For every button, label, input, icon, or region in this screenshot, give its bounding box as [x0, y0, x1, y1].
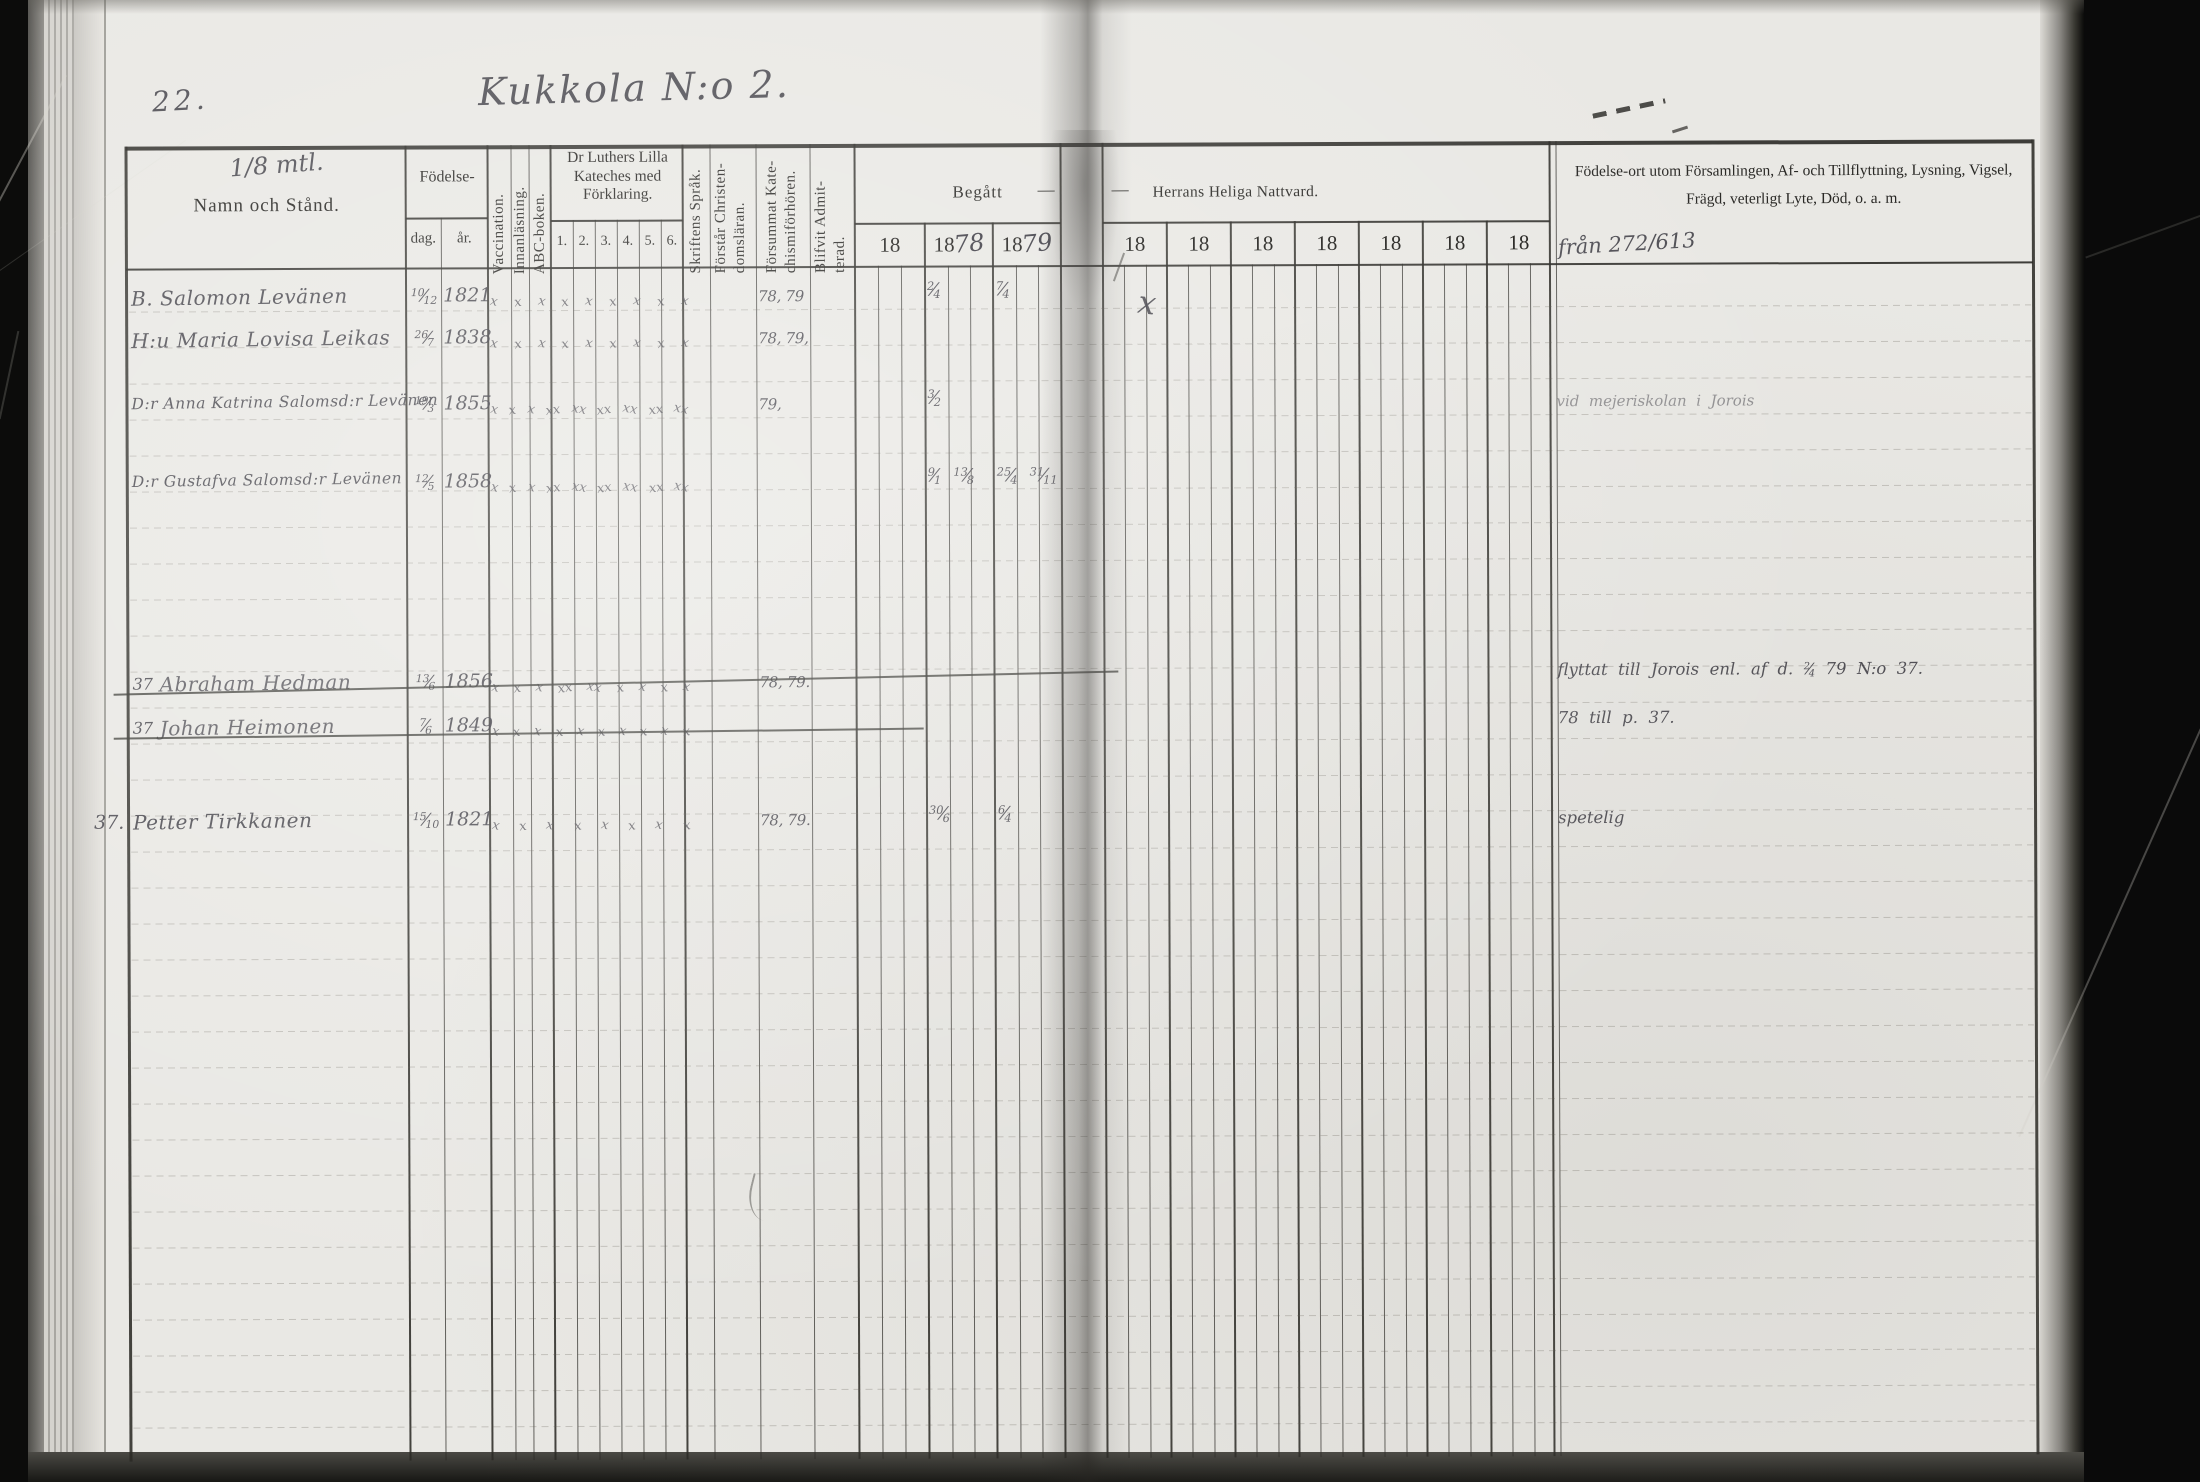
birth-year: 1821: [445, 808, 491, 830]
reading-marks: xxxxxxxx: [492, 817, 690, 834]
reading-mark: xx: [545, 480, 562, 498]
reading-mark: x: [656, 336, 666, 353]
reading-mark: x: [489, 480, 499, 497]
resident-name: Petter Tirkkanen: [133, 808, 313, 835]
birth-day: 26⁄7: [406, 327, 442, 349]
reading-mark: xx: [570, 479, 587, 497]
reading-mark: x: [584, 293, 594, 310]
reading-mark: x: [627, 818, 637, 835]
reading-mark: xx: [570, 401, 587, 419]
reading-marks: xxxxxxxxxxxxxxx: [490, 402, 688, 419]
date-fraction: 13⁄8: [953, 464, 974, 486]
reading-mark: xx: [596, 480, 613, 498]
reading-mark: x: [656, 294, 666, 311]
reading-mark: x: [632, 335, 642, 352]
date-fraction: 7⁄4: [996, 278, 1010, 300]
reading-mark: x: [490, 680, 500, 697]
scanned-register-spread: 22. Kukkola N:o 2. Vaccination.Innanläsn…: [0, 0, 2200, 1482]
birth-year: 1856: [444, 670, 490, 692]
marginal-note: 78 till p. 37.: [1558, 708, 1675, 727]
reading-mark: x: [536, 294, 546, 311]
reading-mark: x: [573, 818, 583, 835]
reading-mark: xx: [647, 480, 664, 498]
reading-mark: x: [489, 294, 499, 311]
reading-mark: x: [513, 295, 523, 312]
communion-date-1878: 30⁄6: [929, 803, 950, 826]
birth-year: 1838: [443, 326, 489, 348]
reading-mark: x: [534, 680, 544, 697]
reading-mark: x: [526, 402, 536, 419]
birth-day: 19⁄3: [406, 393, 442, 415]
communion-date-1878: 2⁄4: [927, 279, 941, 302]
date-fraction: 30⁄6: [929, 803, 950, 825]
birth-year: 1821: [443, 284, 489, 306]
register-table: Vaccination.Innanläsning.ABC-boken.Skrif…: [0, 0, 2200, 1482]
reading-mark: x: [679, 293, 689, 310]
communion-date-1879: 25⁄4 31⁄11: [997, 464, 1058, 487]
communion-date-1878: 3⁄2: [927, 387, 941, 410]
communion-extra-mark: x: [1136, 283, 1159, 323]
reading-mark: xx: [596, 402, 613, 420]
date-fraction: 10⁄12: [411, 285, 437, 306]
reading-mark: x: [561, 295, 571, 312]
reading-mark: x: [491, 818, 501, 835]
reading-mark: x: [513, 681, 523, 698]
reading-mark: x: [513, 337, 523, 354]
reading-mark: x: [518, 819, 528, 836]
reading-marks: xxxxxxxxxxxxxxx: [491, 479, 689, 496]
reading-mark: x: [608, 336, 618, 353]
reading-mark: x: [526, 480, 536, 497]
communion-date-1878: 9⁄1 13⁄8: [928, 464, 974, 487]
reading-mark: x: [600, 817, 610, 834]
date-fraction: 15⁄10: [413, 809, 439, 830]
date-fraction: 31⁄11: [1030, 464, 1058, 486]
reading-mark: x: [561, 337, 571, 354]
date-fraction: 2⁄4: [1804, 659, 1815, 678]
birth-day: 10⁄12: [406, 285, 442, 307]
date-fraction: 25⁄4: [997, 464, 1018, 486]
communion-date-1879: 7⁄4: [996, 278, 1010, 301]
table-content: B. Salomon Levänen10⁄121821xxxxxxxxx78, …: [0, 0, 2200, 1482]
reading-mark: xx: [621, 401, 638, 419]
communion-date-1879: 6⁄4: [998, 802, 1012, 825]
date-fraction: 19⁄3: [415, 393, 435, 414]
date-fraction: 2⁄4: [927, 279, 941, 301]
birth-day: 13⁄6: [408, 671, 444, 693]
reading-mark: xx: [673, 478, 690, 496]
reading-mark: xx: [586, 679, 603, 697]
row-prefix-number: 37: [133, 719, 153, 738]
reading-mark: xx: [647, 402, 664, 420]
reading-mark: x: [654, 817, 664, 834]
date-fraction: 9⁄1: [928, 465, 942, 487]
row-prefix-number: 37: [133, 675, 153, 694]
reading-mark: x: [508, 481, 518, 498]
reading-marks: xxxxxxxxx: [490, 336, 688, 353]
date-fraction: 13⁄6: [416, 671, 436, 692]
reading-mark: x: [608, 294, 618, 311]
reading-mark: x: [537, 336, 547, 353]
reading-mark: xx: [621, 479, 638, 497]
reading-mark: x: [680, 335, 690, 352]
marginal-note: vid mejeriskolan i Jorois: [1556, 391, 1754, 410]
reading-mark: xx: [545, 402, 562, 420]
reading-mark: x: [508, 403, 518, 420]
resident-name: B. Salomon Levänen: [131, 284, 348, 311]
date-fraction: 6⁄4: [998, 802, 1012, 824]
attendance-years: 78, 79,: [758, 329, 808, 347]
attendance-years: 78, 79: [758, 287, 804, 305]
birth-day: 12⁄5: [407, 471, 443, 493]
reading-mark: x: [632, 293, 642, 310]
resident-name: D:r Anna Katrina Salomsd:r Levänen: [131, 391, 438, 413]
birth-day: 15⁄10: [408, 809, 444, 831]
attendance-years: 78, 79.: [760, 811, 810, 829]
date-fraction: 3⁄2: [927, 387, 941, 409]
date-fraction: 12⁄5: [415, 471, 435, 492]
reading-marks: xxxxxxxxx: [490, 294, 688, 311]
resident-name: H:u Maria Lovisa Leikas: [131, 325, 390, 353]
reading-mark: xx: [673, 400, 690, 418]
marginal-note: spetelig: [1558, 808, 1624, 827]
reading-mark: x: [584, 335, 594, 352]
reading-mark: x: [545, 818, 555, 835]
date-fraction: 26⁄7: [414, 327, 434, 348]
reading-mark: x: [489, 336, 499, 353]
marginal-note: flyttat till Jorois enl. af d. 2⁄4 79 N:…: [1557, 659, 1923, 681]
reading-mark: x: [489, 402, 499, 419]
reading-mark: x: [682, 818, 692, 835]
row-margin-number: 37.: [94, 812, 124, 834]
birth-year: 1858: [444, 470, 490, 492]
resident-name: D:r Gustafva Salomsd:r Levänen: [132, 469, 403, 491]
birth-year: 1855: [443, 392, 489, 414]
attendance-years: 79,: [758, 395, 781, 413]
attendance-years: 78, 79.: [760, 673, 810, 691]
